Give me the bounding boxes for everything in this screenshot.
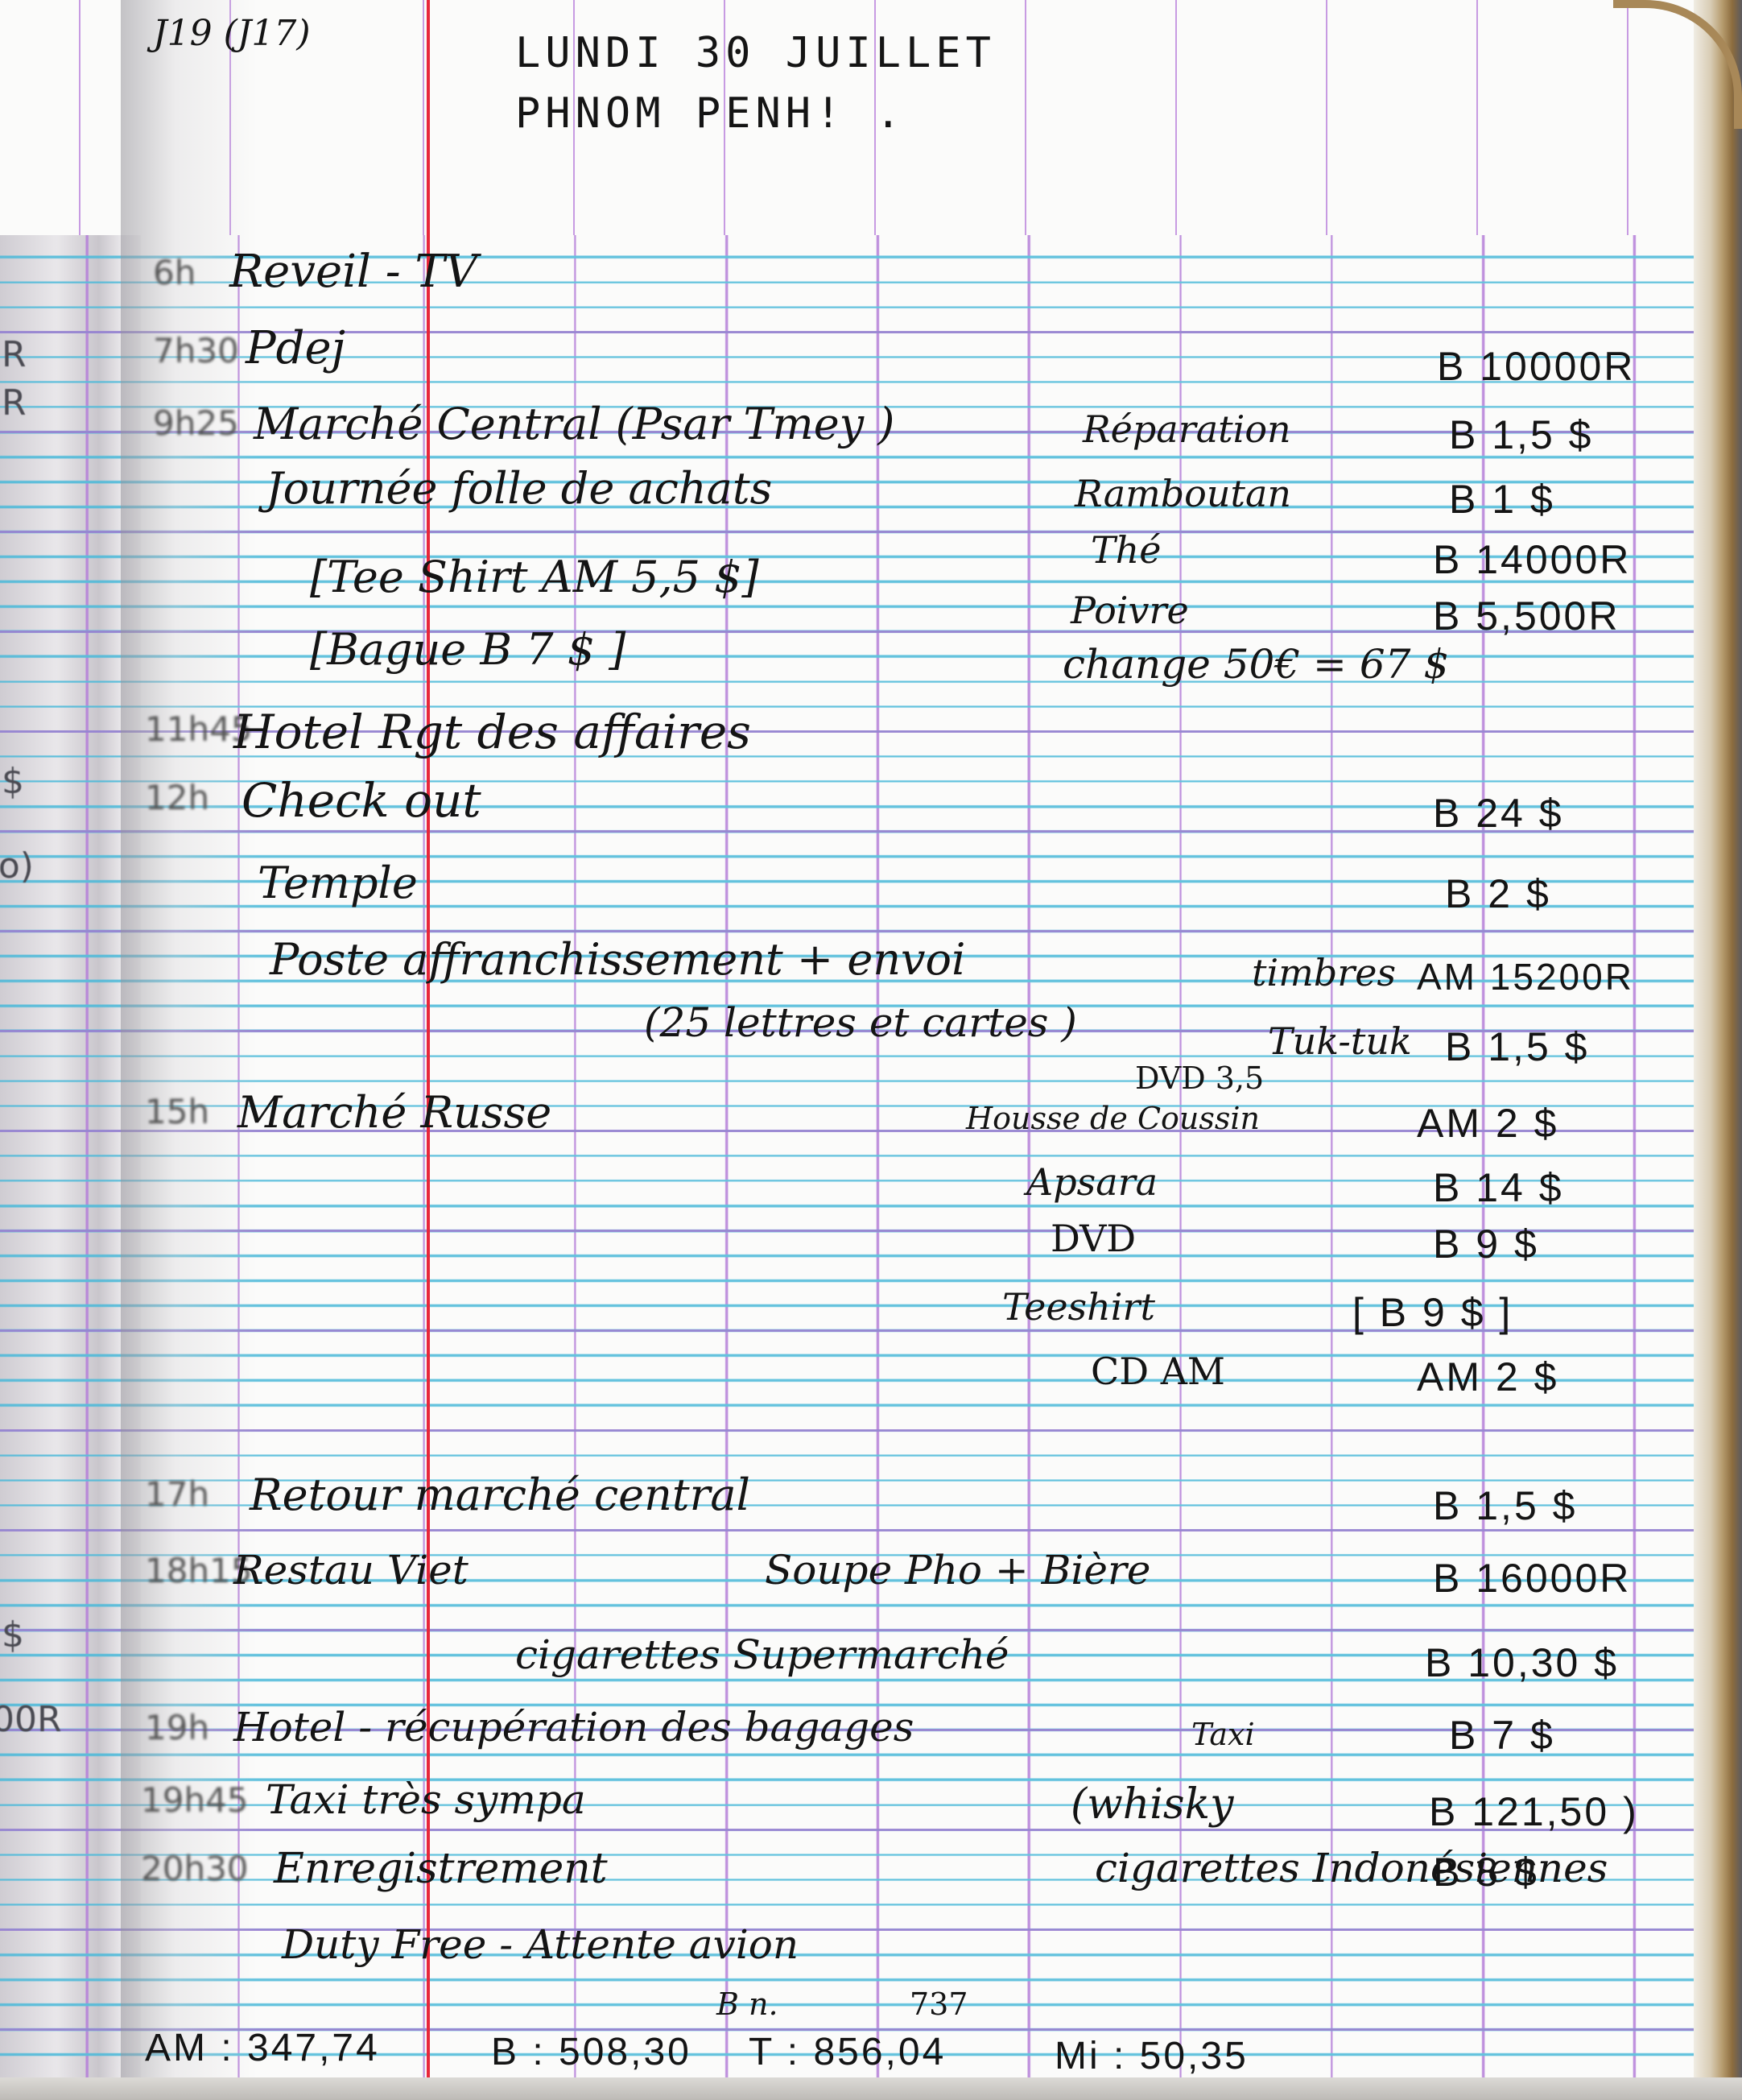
ruling-major-line xyxy=(0,930,1699,932)
expense-label: Ramboutan xyxy=(1075,475,1291,512)
expense-amount: B 1,5 $ xyxy=(1445,1027,1589,1067)
expense-label: (whisky xyxy=(1071,1784,1234,1825)
entry-text: Retour marché central xyxy=(250,1474,750,1517)
date-heading: LUNDI 30 JUILLET xyxy=(515,32,996,74)
entry-text: Enregistrement xyxy=(274,1848,608,1890)
entry-text: Duty Free - Attente avion xyxy=(282,1924,799,1965)
expense-label: Housse de Coussin xyxy=(966,1103,1260,1134)
prev-page-text: $ xyxy=(2,1614,24,1656)
expense-amount: B 16000R xyxy=(1433,1558,1631,1598)
entry-text: Pdej xyxy=(246,326,345,371)
expense-label: Poivre xyxy=(1071,592,1189,629)
entry-note: (25 lettres et cartes ) xyxy=(644,1002,1077,1043)
expense-amount: B 2 $ xyxy=(1445,874,1551,914)
currency-exchange-note: change 50€ = 67 $ xyxy=(1063,644,1449,684)
prev-page-text: R xyxy=(2,334,27,375)
entry-text: Reveil - TV xyxy=(229,250,477,295)
prev-page-text: no) xyxy=(0,845,34,887)
entry-time: 17h xyxy=(145,1478,209,1511)
seyes-ruling xyxy=(0,0,1699,2100)
purchase-note: [Tee Shirt AM 5,5 $] xyxy=(310,556,759,599)
expense-label: Teeshirt xyxy=(1002,1288,1155,1325)
expense-amount: B 24 $ xyxy=(1433,793,1564,833)
entry-text: Poste affranchissement + envoi xyxy=(270,938,965,982)
expense-amount: B 121,50 ) xyxy=(1429,1792,1639,1832)
ruling-major-line xyxy=(0,1429,1699,1432)
expense-amount: B 14 $ xyxy=(1433,1168,1564,1208)
ruling-major-line xyxy=(0,1928,1699,1931)
total-t: T : 856,04 xyxy=(749,2033,946,2072)
expense-amount: B 8 $ xyxy=(1433,1852,1539,1892)
entry-time: 12h xyxy=(145,781,209,815)
entry-text: Taxi très sympa xyxy=(266,1780,586,1820)
entry-time: 15h xyxy=(145,1095,209,1129)
expense-label: Apsara xyxy=(1026,1164,1158,1201)
entry-time: 20h30 xyxy=(141,1852,249,1886)
expense-label: Réparation xyxy=(1083,411,1291,448)
prev-page-text: R xyxy=(2,382,27,424)
entry-time: 7h30 xyxy=(153,334,239,368)
expense-note: DVD 3,5 xyxy=(1135,1063,1264,1093)
ruling-major-line xyxy=(0,531,1699,533)
page-stack-edge xyxy=(1694,0,1742,2100)
expense-amount: [ B 9 $ ] xyxy=(1352,1292,1513,1333)
expense-amount: AM 15200R xyxy=(1417,958,1634,995)
entry-text: Journée folle de achats xyxy=(266,467,772,511)
meal-note: Soupe Pho + Bière xyxy=(765,1550,1151,1590)
entry-text: Marché Russe xyxy=(237,1091,551,1135)
entry-text: Check out xyxy=(241,777,481,824)
expense-amount: B 14000R xyxy=(1433,539,1631,580)
expense-amount: B 1,5 $ xyxy=(1433,1486,1577,1526)
ruling-major-line xyxy=(0,1529,1699,1532)
entry-time: 19h xyxy=(145,1711,209,1745)
expense-label: Taxi xyxy=(1191,1719,1255,1750)
expense-amount: B 10,30 $ xyxy=(1425,1643,1619,1683)
purchase-note: [Bague B 7 $ ] xyxy=(310,628,625,672)
prev-page-text: 00R xyxy=(0,1699,62,1740)
expense-amount: B 7 $ xyxy=(1449,1715,1555,1755)
entry-time: 9h25 xyxy=(153,407,239,440)
expense-amount: B 9 $ xyxy=(1433,1224,1539,1264)
place-heading: PHNOM PENH! . xyxy=(515,93,906,134)
entry-time: 19h45 xyxy=(141,1784,249,1817)
expense-amount: B 5,500R xyxy=(1433,596,1620,636)
prev-page-text: $ xyxy=(2,761,24,802)
total-mi: Mi : 50,35 xyxy=(1055,2037,1249,2076)
total-b: B : 508,30 xyxy=(491,2033,691,2072)
expense-label: timbres xyxy=(1252,954,1396,991)
entry-time: 6h xyxy=(153,256,196,290)
expense-amount: AM 2 $ xyxy=(1417,1103,1558,1143)
entry-text: Hotel - récupération des bagages xyxy=(233,1707,914,1747)
entry-text: Temple xyxy=(258,862,418,905)
entry-text: Marché Central (Psar Tmey ) xyxy=(254,403,894,446)
day-code: J19 (J17) xyxy=(153,16,311,52)
expense-amount: B 1,5 $ xyxy=(1449,415,1593,455)
notebook-page: R R $ no) $ 00R J19 (J17) LUNDI 30 JUILL… xyxy=(0,0,1742,2100)
expense-amount: B 1 $ xyxy=(1449,479,1555,519)
total-am: AM : 347,74 xyxy=(145,2029,380,2068)
entry-text: Hotel Rgt des affaires xyxy=(233,709,751,755)
expense-amount: AM 2 $ xyxy=(1417,1357,1558,1397)
entry-text: cigarettes Supermarché xyxy=(515,1635,1009,1675)
expense-label: DVD xyxy=(1051,1220,1136,1257)
total-t-note: 737 xyxy=(910,1989,968,2019)
expense-amount: B 10000R xyxy=(1437,346,1635,387)
expense-label: Tuk-tuk xyxy=(1268,1023,1412,1060)
page-bottom-edge xyxy=(0,2077,1742,2100)
total-b-note: B n. xyxy=(716,1989,778,2019)
expense-label: Thé xyxy=(1091,531,1162,568)
entry-text: Restau Viet xyxy=(233,1550,469,1590)
expense-label: CD AM xyxy=(1091,1353,1225,1390)
